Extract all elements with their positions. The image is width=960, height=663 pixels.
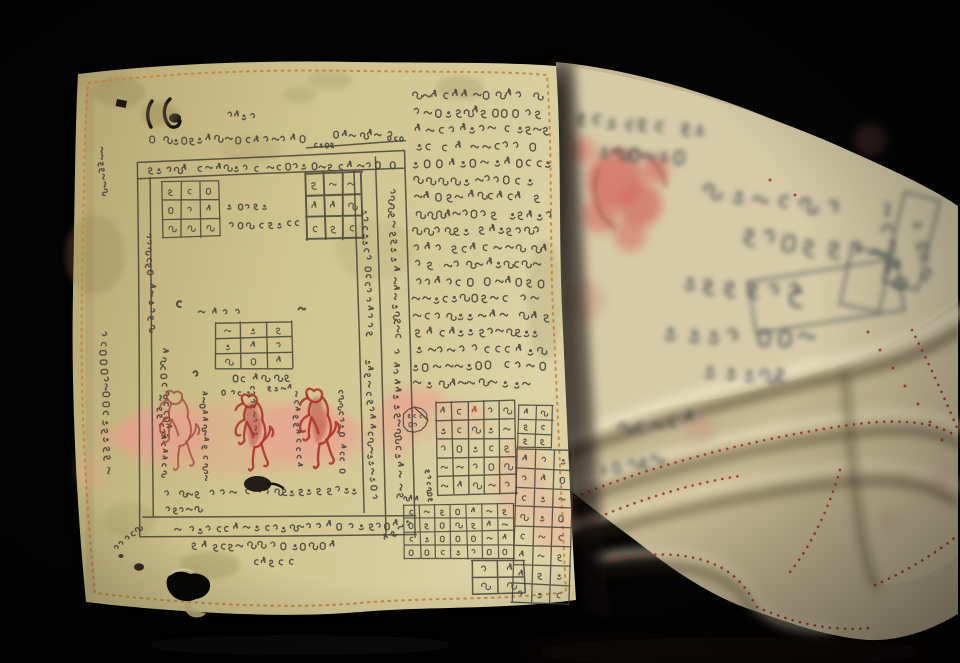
vignette <box>0 0 960 663</box>
manuscript-photo: Photograph of two antique Shan-Burmese y… <box>0 0 960 663</box>
photo-stage: Photograph of two antique Shan-Burmese y… <box>0 0 960 663</box>
